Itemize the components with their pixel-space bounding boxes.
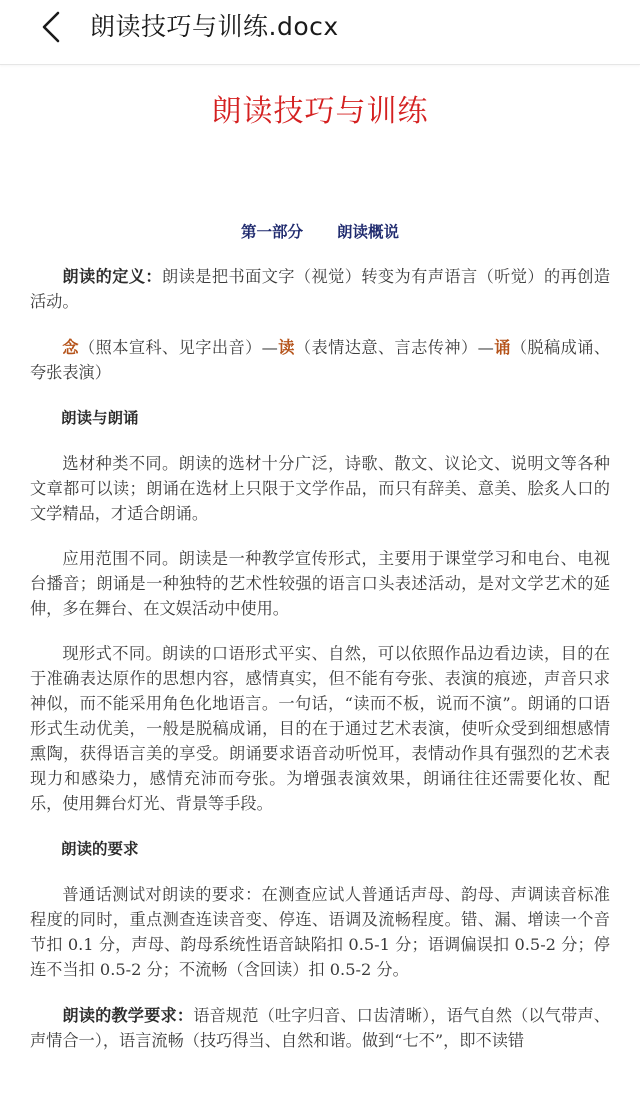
subhead-2: 朗读的要求: [30, 837, 610, 862]
paragraph-material: 选材种类不同。朗读的选材十分广泛，诗歌、散文、议论文、说明文等各种文章都可以读；…: [30, 451, 610, 526]
term-du: 读: [278, 338, 295, 357]
file-name-title: 朗读技巧与训练.docx: [90, 8, 339, 46]
definition-paragraph: 朗读的定义：朗读是把书面文字（视觉）转变为有声语言（听觉）的再创造活动。: [30, 264, 610, 314]
term-nian-desc: （照本宣科、见字出音）—: [79, 338, 278, 357]
section-name: 朗读概说: [337, 223, 399, 241]
paragraph-test-requirements: 普通话测试对朗读的要求：在测查应试人普通话声母、韵母、声调读音标准程度的同时，重…: [30, 882, 610, 982]
para-2: 应用范围不同。朗读是一种教学宣传形式，主要用于课堂学习和电台、电视台播音；朗诵是…: [30, 546, 610, 621]
document-title: 朗读技巧与训练: [0, 92, 640, 132]
top-bar: 朗读技巧与训练.docx: [0, 0, 640, 65]
definition-label: 朗读的定义：: [62, 267, 162, 286]
paragraph-scope: 应用范围不同。朗读是一种教学宣传形式，主要用于课堂学习和电台、电视台播音；朗诵是…: [30, 546, 610, 621]
para-4: 普通话测试对朗读的要求：在测查应试人普通话声母、韵母、声调读音标准程度的同时，重…: [30, 882, 610, 982]
section-part: 第一部分: [241, 223, 303, 241]
subhead-1: 朗读与朗诵: [30, 406, 610, 431]
term-song: 诵: [494, 338, 511, 357]
progression-paragraph: 念（照本宣科、见字出音）—读（表情达意、言志传神）—诵（脱稿成诵、夸张表演）: [30, 335, 610, 385]
para-1: 选材种类不同。朗读的选材十分广泛，诗歌、散文、议论文、说明文等各种文章都可以读；…: [30, 451, 610, 526]
term-nian: 念: [62, 338, 79, 357]
chevron-left-icon: [34, 9, 70, 45]
subheading-requirements: 朗读的要求: [30, 837, 610, 862]
para-3: 现形式不同。朗读的口语形式平实、自然，可以依照作品边看边读，目的在于准确表达原作…: [30, 641, 610, 816]
paragraph-teaching-requirements: 朗读的教学要求：语音规范（吐字归音、口齿清晰），语气自然（以气带声、声情合一），…: [30, 1003, 610, 1053]
back-button[interactable]: [34, 9, 70, 45]
subheading-reading-vs-recitation: 朗读与朗诵: [30, 406, 610, 431]
section-heading: 第一部分朗读概说: [0, 220, 640, 244]
teaching-label: 朗读的教学要求：: [62, 1006, 193, 1025]
term-du-desc: （表情达意、言志传神）—: [295, 338, 494, 357]
paragraph-form: 现形式不同。朗读的口语形式平实、自然，可以依照作品边看边读，目的在于准确表达原作…: [30, 641, 610, 816]
